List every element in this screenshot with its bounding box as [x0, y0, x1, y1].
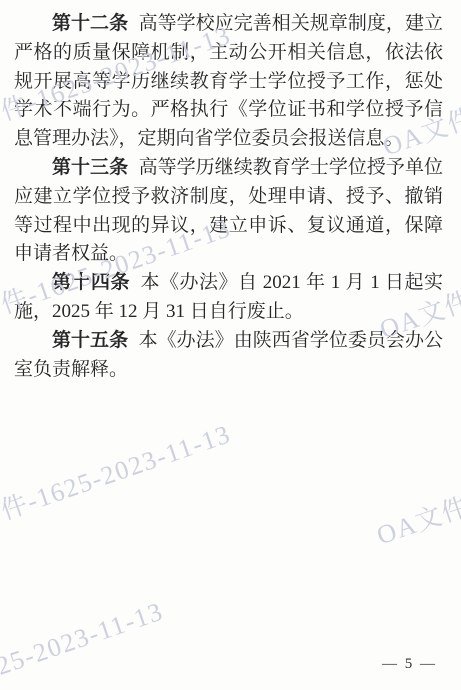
document-page: 件-1625-2023-11-13 OA文件 件-1625-2023-11-13… [0, 0, 461, 690]
article-13: 第十三条高等学历继续教育学士学位授予单位应建立学位授予救济制度，处理申请、授予、… [14, 154, 443, 269]
watermark-text: 1625-2023-11-13 [0, 597, 167, 690]
watermark-text: OA文件 [373, 492, 461, 551]
page-number: — 5 — [382, 656, 437, 673]
article-13-heading: 第十三条 [52, 157, 128, 178]
watermark-text: 件-1625-2023-11-13 [0, 419, 235, 526]
article-15: 第十五条本《办法》由陕西省学位委员会办公室负责解释。 [14, 327, 443, 385]
article-14: 第十四条本《办法》自 2021 年 1 月 1 日起实施，2025 年 12 月… [14, 269, 443, 327]
document-body: 第十二条高等学校应完善相关规章制度，建立严格的质量保障机制，主动公开相关信息，依… [14, 10, 443, 384]
article-14-heading: 第十四条 [52, 272, 130, 293]
article-12: 第十二条高等学校应完善相关规章制度，建立严格的质量保障机制，主动公开相关信息，依… [14, 10, 443, 154]
article-12-heading: 第十二条 [52, 13, 128, 34]
article-15-heading: 第十五条 [52, 330, 128, 351]
